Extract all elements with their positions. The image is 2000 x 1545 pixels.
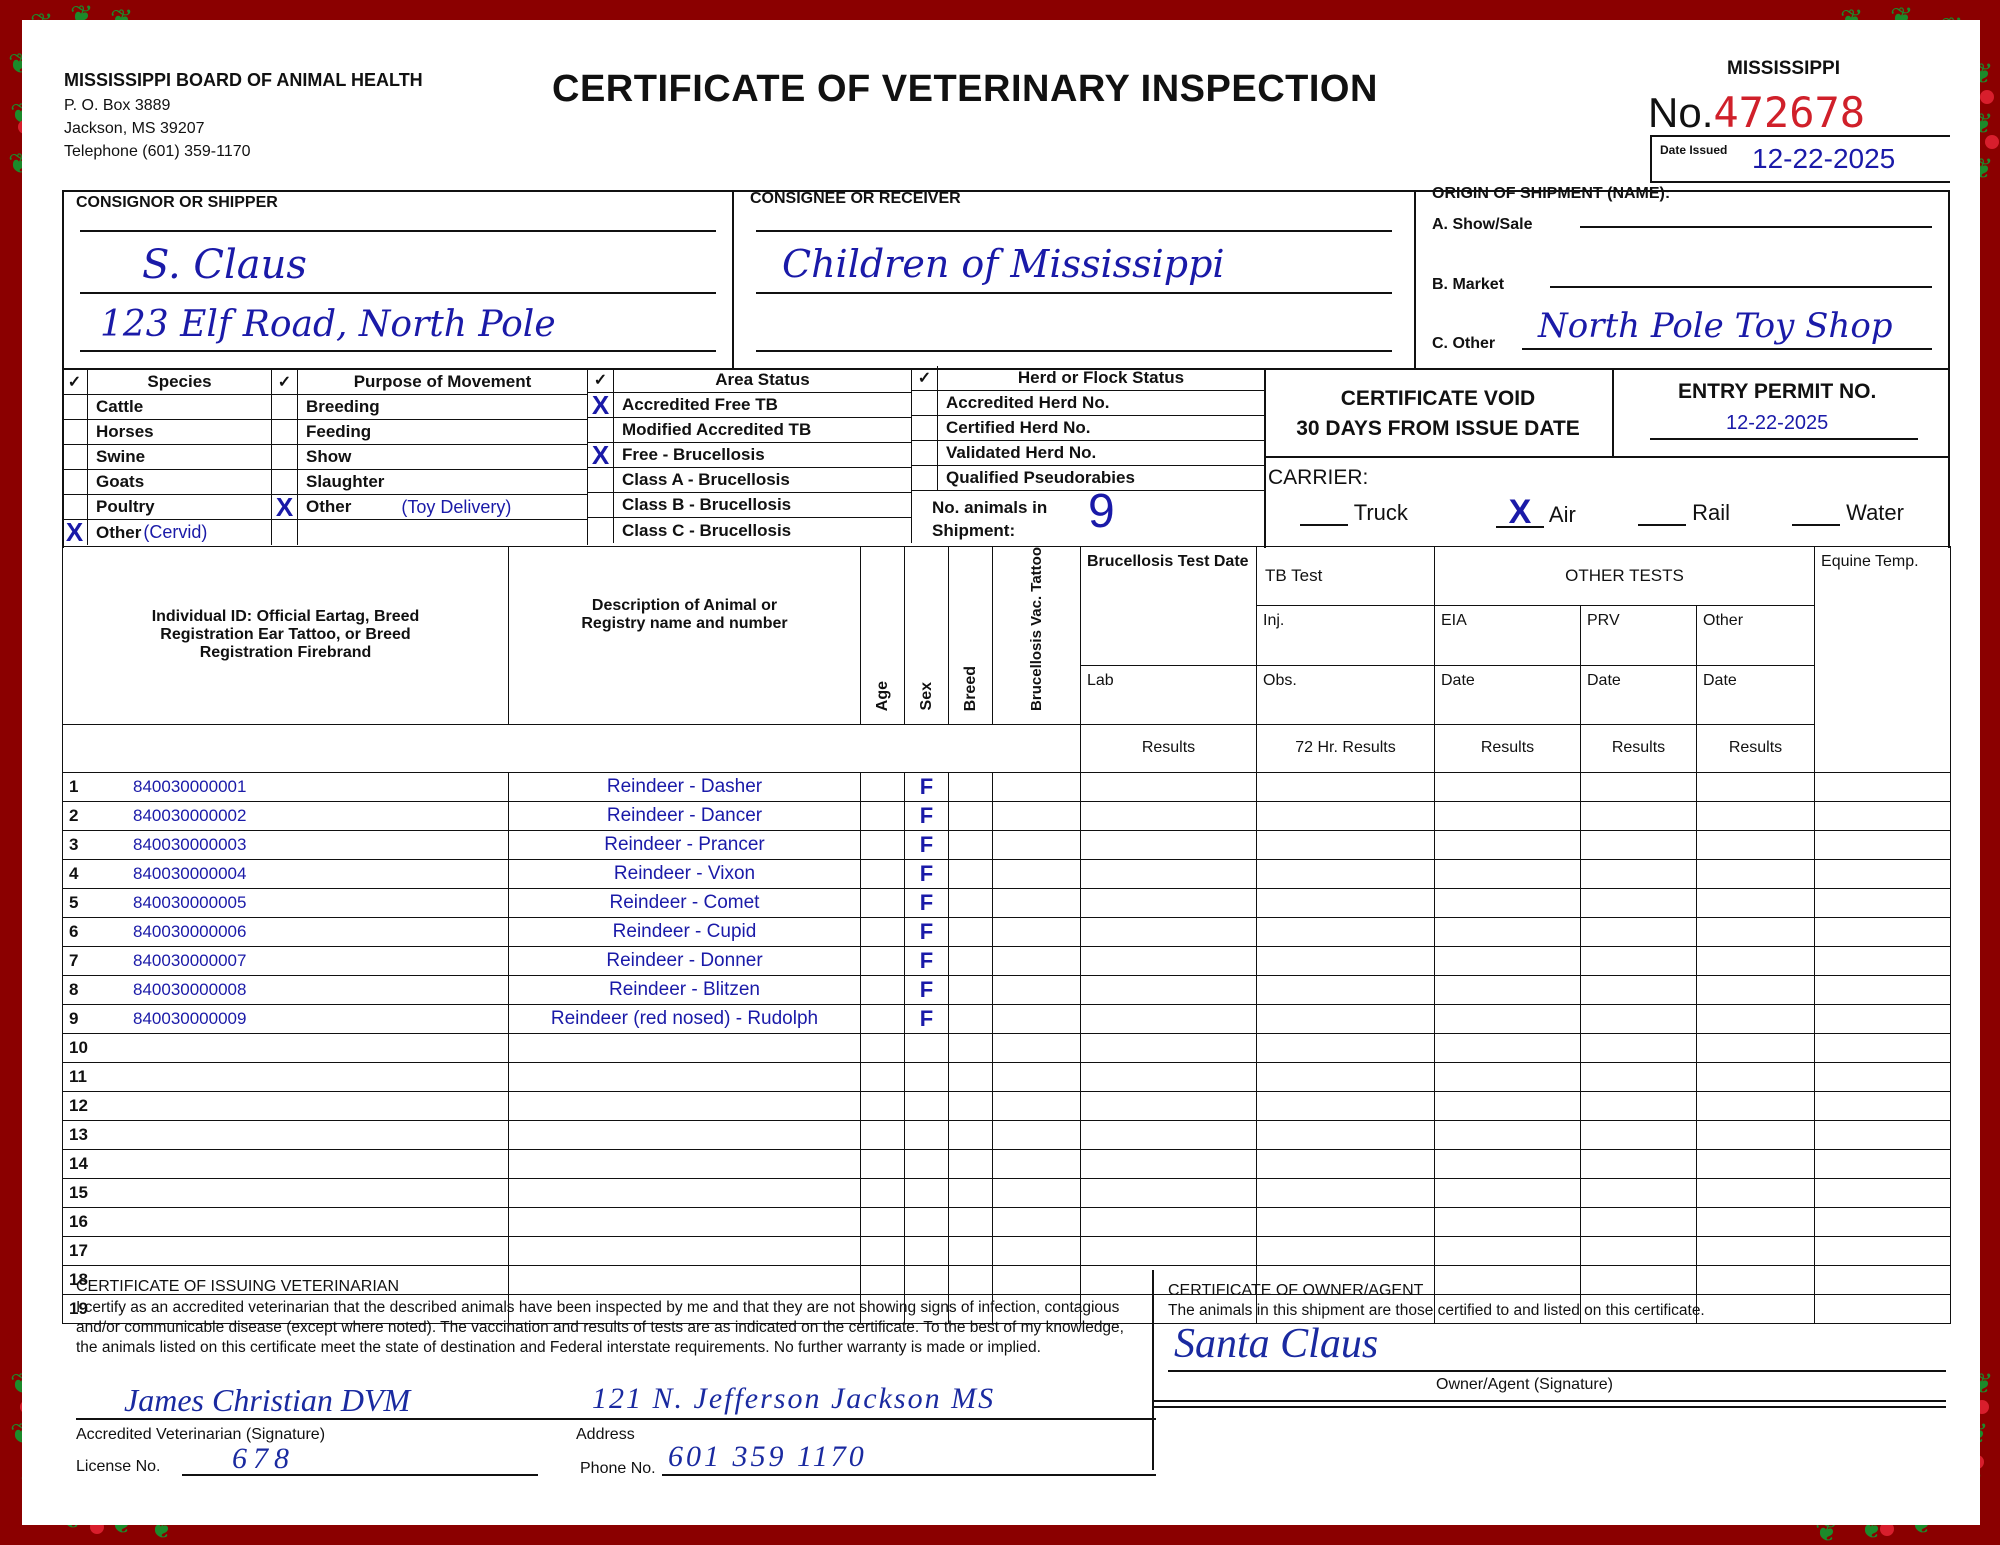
cell-sex[interactable]: F xyxy=(905,888,949,917)
eartag-id: 840030000006 xyxy=(133,922,246,941)
col-header-id: Individual ID: Official Eartag, Breed Re… xyxy=(63,547,509,725)
cell-sex[interactable]: F xyxy=(905,946,949,975)
cell-breed[interactable] xyxy=(949,888,993,917)
area-status-option[interactable]: Class A - Brucellosis xyxy=(588,468,912,493)
cell-test[interactable] xyxy=(1697,1033,1815,1062)
cell-test[interactable] xyxy=(1435,1120,1581,1149)
area-status-option[interactable]: Class B - Brucellosis xyxy=(588,493,912,518)
cell-test[interactable] xyxy=(1257,888,1435,917)
cell-test[interactable] xyxy=(1435,1091,1581,1120)
cell-test[interactable] xyxy=(1815,1236,1951,1265)
cell-test[interactable] xyxy=(1815,801,1951,830)
cell-test[interactable] xyxy=(1081,917,1257,946)
origin-market-field[interactable] xyxy=(1550,286,1932,288)
cell-test[interactable] xyxy=(1081,1149,1257,1178)
cell-description[interactable]: Reindeer (red nosed) - Rudolph xyxy=(509,1004,861,1033)
cell-test[interactable] xyxy=(1435,1236,1581,1265)
cell-bruc-vac[interactable] xyxy=(993,1236,1081,1265)
cell-age[interactable] xyxy=(861,888,905,917)
cell-test[interactable] xyxy=(1257,1033,1435,1062)
cell-sex[interactable] xyxy=(905,1236,949,1265)
col-header-sex: Sex xyxy=(918,682,936,710)
cell-test[interactable] xyxy=(1815,1120,1951,1149)
cell-test[interactable] xyxy=(1081,1033,1257,1062)
cell-age[interactable] xyxy=(861,1062,905,1091)
cell-bruc-vac[interactable] xyxy=(993,888,1081,917)
cell-sex[interactable] xyxy=(905,1062,949,1091)
cell-bruc-vac[interactable] xyxy=(993,1091,1081,1120)
cell-description[interactable]: Reindeer - Donner xyxy=(509,946,861,975)
cell-sex[interactable]: F xyxy=(905,830,949,859)
cell-test[interactable] xyxy=(1257,946,1435,975)
consignor-name[interactable]: S. Claus xyxy=(142,242,307,288)
cell-test[interactable] xyxy=(1697,801,1815,830)
cell-test[interactable] xyxy=(1435,1149,1581,1178)
species-option[interactable]: Horses xyxy=(62,420,272,445)
col-header-prv-results: Results xyxy=(1581,724,1697,772)
cell-test[interactable] xyxy=(1081,1062,1257,1091)
purpose-option[interactable]: Breeding xyxy=(272,395,588,420)
cell-test[interactable] xyxy=(1581,772,1697,801)
cell-test[interactable] xyxy=(1815,830,1951,859)
cell-test[interactable] xyxy=(1581,1149,1697,1178)
cell-sex[interactable]: F xyxy=(905,975,949,1004)
cell-breed[interactable] xyxy=(949,1004,993,1033)
cell-test[interactable] xyxy=(1257,975,1435,1004)
cell-test[interactable] xyxy=(1697,830,1815,859)
vet-address[interactable]: 121 N. Jefferson Jackson MS xyxy=(592,1382,995,1416)
cell-breed[interactable] xyxy=(949,1236,993,1265)
cell-test[interactable] xyxy=(1581,1120,1697,1149)
entry-permit-value[interactable]: 12-22-2025 xyxy=(1726,412,1828,435)
cell-description[interactable]: Reindeer - Dasher xyxy=(509,772,861,801)
col-header-bruc-test-date: Brucellosis Test Date xyxy=(1081,547,1257,666)
cell-test[interactable] xyxy=(1081,1236,1257,1265)
cell-test[interactable] xyxy=(1697,1236,1815,1265)
cell-age[interactable] xyxy=(861,1236,905,1265)
cell-breed[interactable] xyxy=(949,1207,993,1236)
cell-test[interactable] xyxy=(1435,1062,1581,1091)
cell-test[interactable] xyxy=(1581,975,1697,1004)
table-row: 16 xyxy=(63,1207,1951,1236)
col-header-lab: Lab xyxy=(1081,665,1257,724)
cell-test[interactable] xyxy=(1815,1033,1951,1062)
table-row: 10 xyxy=(63,1033,1951,1062)
cell-id[interactable]: 4840030000004 xyxy=(63,859,509,888)
check-header-icon: ✓ xyxy=(588,368,614,392)
certificate-number-block: No.472678 xyxy=(1648,88,1865,137)
row-number: 4 xyxy=(63,864,133,884)
origin-label: ORIGIN OF SHIPMENT (NAME): xyxy=(1432,185,1670,203)
animals-count[interactable]: 9 xyxy=(1088,484,1115,539)
cell-test[interactable] xyxy=(1435,946,1581,975)
eartag-id: 840030000005 xyxy=(133,893,246,912)
cell-test[interactable] xyxy=(1581,1062,1697,1091)
cell-breed[interactable] xyxy=(949,1120,993,1149)
license-number[interactable]: 678 xyxy=(232,1442,295,1476)
cell-age[interactable] xyxy=(861,946,905,975)
cell-test[interactable] xyxy=(1257,1236,1435,1265)
cell-test[interactable] xyxy=(1581,859,1697,888)
cell-id[interactable]: 3840030000003 xyxy=(63,830,509,859)
table-row: 6840030000006Reindeer - CupidF xyxy=(63,917,1951,946)
cell-description[interactable]: Reindeer - Dancer xyxy=(509,801,861,830)
cell-sex[interactable]: F xyxy=(905,859,949,888)
cell-test[interactable] xyxy=(1815,1207,1951,1236)
cell-test[interactable] xyxy=(1435,1178,1581,1207)
cell-test[interactable] xyxy=(1257,1207,1435,1236)
cell-breed[interactable] xyxy=(949,1091,993,1120)
animals-count-block: No. animals in Shipment: xyxy=(932,496,1047,542)
cell-breed[interactable] xyxy=(949,859,993,888)
cell-breed[interactable] xyxy=(949,917,993,946)
eartag-id: 840030000008 xyxy=(133,980,246,999)
cell-age[interactable] xyxy=(861,772,905,801)
col-header-breed: Breed xyxy=(962,666,980,711)
cell-id[interactable]: 12 xyxy=(63,1091,509,1120)
cell-test[interactable] xyxy=(1257,1091,1435,1120)
cell-test[interactable] xyxy=(1081,830,1257,859)
cell-test[interactable] xyxy=(1435,975,1581,1004)
cell-test[interactable] xyxy=(1257,830,1435,859)
cell-description[interactable]: Reindeer - Comet xyxy=(509,888,861,917)
cell-test[interactable] xyxy=(1815,859,1951,888)
cell-bruc-vac[interactable] xyxy=(993,1033,1081,1062)
area-status-option[interactable]: XFree - Brucellosis xyxy=(588,443,912,468)
cell-sex[interactable] xyxy=(905,1033,949,1062)
cell-breed[interactable] xyxy=(949,1149,993,1178)
row-number: 3 xyxy=(63,835,133,855)
cell-sex[interactable] xyxy=(905,1120,949,1149)
cell-age[interactable] xyxy=(861,1207,905,1236)
cell-id[interactable]: 17 xyxy=(63,1236,509,1265)
cell-test[interactable] xyxy=(1581,917,1697,946)
owner-signature[interactable]: Santa Claus xyxy=(1174,1320,1378,1368)
cell-test[interactable] xyxy=(1697,917,1815,946)
cell-test[interactable] xyxy=(1815,1062,1951,1091)
cell-description[interactable]: Reindeer - Blitzen xyxy=(509,975,861,1004)
cell-id[interactable]: 6840030000006 xyxy=(63,917,509,946)
cell-test[interactable] xyxy=(1815,1004,1951,1033)
row-number: 1 xyxy=(63,777,133,797)
table-row: 11 xyxy=(63,1062,1951,1091)
row-number: 6 xyxy=(63,922,133,942)
species-option[interactable]: Poultry xyxy=(62,495,272,520)
cell-description[interactable] xyxy=(509,1091,861,1120)
owner-cert-title: CERTIFICATE OF OWNER/AGENT xyxy=(1168,1282,1423,1300)
agency-po-box: P. O. Box 3889 xyxy=(64,97,170,115)
cell-breed[interactable] xyxy=(949,1178,993,1207)
consignee-label: CONSIGNEE OR RECEIVER xyxy=(750,190,961,208)
cell-test[interactable] xyxy=(1697,1120,1815,1149)
cell-test[interactable] xyxy=(1697,946,1815,975)
cell-bruc-vac[interactable] xyxy=(993,1004,1081,1033)
carrier-rail[interactable]: Rail xyxy=(1638,500,1730,526)
purpose-option[interactable]: Feeding xyxy=(272,420,588,445)
cell-description[interactable]: Reindeer - Cupid xyxy=(509,917,861,946)
purpose-other-note: (Toy Delivery) xyxy=(401,497,511,518)
consignee-name[interactable]: Children of Mississippi xyxy=(782,242,1225,286)
consignor-address[interactable]: 123 Elf Road, North Pole xyxy=(100,304,556,345)
cell-bruc-vac[interactable] xyxy=(993,975,1081,1004)
carrier-air[interactable]: X Air xyxy=(1496,500,1576,528)
cell-test[interactable] xyxy=(1815,1178,1951,1207)
phone-number[interactable]: 601 359 1170 xyxy=(668,1440,867,1474)
cell-description[interactable] xyxy=(509,1178,861,1207)
cell-test[interactable] xyxy=(1081,888,1257,917)
owner-signature-label: Owner/Agent (Signature) xyxy=(1436,1376,1613,1394)
cell-test[interactable] xyxy=(1697,1062,1815,1091)
cell-bruc-vac[interactable] xyxy=(993,830,1081,859)
cell-test[interactable] xyxy=(1815,975,1951,1004)
vet-signature[interactable]: James Christian DVM xyxy=(124,1382,410,1419)
cell-bruc-vac[interactable] xyxy=(993,772,1081,801)
cell-bruc-vac[interactable] xyxy=(993,801,1081,830)
col-header-eia-date: Date xyxy=(1435,665,1581,724)
cell-breed[interactable] xyxy=(949,975,993,1004)
cell-test[interactable] xyxy=(1581,1091,1697,1120)
species-other-note: (Cervid) xyxy=(143,522,207,543)
cell-test[interactable] xyxy=(1581,801,1697,830)
check-header-icon: ✓ xyxy=(62,370,88,394)
void-notice: CERTIFICATE VOID 30 DAYS FROM ISSUE DATE xyxy=(1264,368,1614,458)
license-label: License No. xyxy=(76,1458,161,1476)
cell-age[interactable] xyxy=(861,1091,905,1120)
cell-test[interactable] xyxy=(1697,888,1815,917)
cell-breed[interactable] xyxy=(949,1062,993,1091)
carrier-options: Truck X Air Rail Water xyxy=(1300,494,1940,534)
cell-age[interactable] xyxy=(861,830,905,859)
owner-cert-body: The animals in this shipment are those c… xyxy=(1168,1302,1705,1320)
cell-test[interactable] xyxy=(1581,888,1697,917)
animals-table: Individual ID: Official Eartag, Breed Re… xyxy=(62,546,1951,1324)
cell-id[interactable]: 1840030000001 xyxy=(63,772,509,801)
cell-test[interactable] xyxy=(1081,946,1257,975)
cell-test[interactable] xyxy=(1081,772,1257,801)
cell-test[interactable] xyxy=(1581,1236,1697,1265)
cell-description[interactable] xyxy=(509,1062,861,1091)
cell-test[interactable] xyxy=(1257,772,1435,801)
cell-bruc-vac[interactable] xyxy=(993,1120,1081,1149)
cell-sex[interactable] xyxy=(905,1149,949,1178)
cell-test[interactable] xyxy=(1081,801,1257,830)
cell-age[interactable] xyxy=(861,1004,905,1033)
cell-test[interactable] xyxy=(1697,1004,1815,1033)
date-issued-value[interactable]: 12-22-2025 xyxy=(1752,143,1895,175)
cell-age[interactable] xyxy=(861,1033,905,1062)
cell-test[interactable] xyxy=(1081,1120,1257,1149)
cell-test[interactable] xyxy=(1815,1149,1951,1178)
carrier-truck[interactable]: Truck xyxy=(1300,500,1408,526)
cell-test[interactable] xyxy=(1081,1178,1257,1207)
cell-test[interactable] xyxy=(1815,917,1951,946)
cell-id[interactable]: 11 xyxy=(63,1062,509,1091)
cell-bruc-vac[interactable] xyxy=(993,1149,1081,1178)
cell-breed[interactable] xyxy=(949,772,993,801)
cell-test[interactable] xyxy=(1581,1004,1697,1033)
purpose-header: Purpose of Movement xyxy=(298,370,588,394)
cell-breed[interactable] xyxy=(949,801,993,830)
cell-id[interactable]: 10 xyxy=(63,1033,509,1062)
col-header-tb-results: 72 Hr. Results xyxy=(1257,724,1435,772)
col-header-other-results: Results xyxy=(1697,724,1815,772)
species-option[interactable]: Swine xyxy=(62,445,272,470)
cell-sex[interactable]: F xyxy=(905,917,949,946)
cell-test[interactable] xyxy=(1257,917,1435,946)
cell-age[interactable] xyxy=(861,975,905,1004)
cell-test[interactable] xyxy=(1081,859,1257,888)
table-row: 8840030000008Reindeer - BlitzenF xyxy=(63,975,1951,1004)
cell-id[interactable]: 2840030000002 xyxy=(63,801,509,830)
cell-test[interactable] xyxy=(1435,772,1581,801)
cell-test[interactable] xyxy=(1581,830,1697,859)
cell-test[interactable] xyxy=(1581,946,1697,975)
col-header-inj: Inj. xyxy=(1257,606,1435,665)
area-status-option[interactable]: XAccredited Free TB xyxy=(588,393,912,418)
cell-test[interactable] xyxy=(1435,801,1581,830)
consignor-label: CONSIGNOR OR SHIPPER xyxy=(76,194,278,212)
cell-test[interactable] xyxy=(1697,1178,1815,1207)
table-row: 1840030000001Reindeer - DasherF xyxy=(63,772,1951,801)
cell-test[interactable] xyxy=(1081,975,1257,1004)
cell-id[interactable]: 8840030000008 xyxy=(63,975,509,1004)
cell-breed[interactable] xyxy=(949,946,993,975)
purpose-option[interactable]: Show xyxy=(272,445,588,470)
cell-test[interactable] xyxy=(1257,1004,1435,1033)
cell-test[interactable] xyxy=(1815,772,1951,801)
cell-age[interactable] xyxy=(861,1149,905,1178)
cell-test[interactable] xyxy=(1257,801,1435,830)
cell-test[interactable] xyxy=(1697,1149,1815,1178)
origin-other-value[interactable]: North Pole Toy Shop xyxy=(1538,306,1893,346)
cell-test[interactable] xyxy=(1815,946,1951,975)
cell-test[interactable] xyxy=(1435,888,1581,917)
cell-breed[interactable] xyxy=(949,1033,993,1062)
cell-description[interactable] xyxy=(509,1236,861,1265)
herd-status-option[interactable]: Certified Herd No. xyxy=(912,416,1264,441)
cell-test[interactable] xyxy=(1257,1120,1435,1149)
cell-description[interactable] xyxy=(509,1120,861,1149)
row-number: 7 xyxy=(63,951,133,971)
cell-test[interactable] xyxy=(1257,859,1435,888)
certificate-page: MISSISSIPPI BOARD OF ANIMAL HEALTH P. O.… xyxy=(22,20,1980,1525)
cell-sex[interactable] xyxy=(905,1091,949,1120)
herd-status-option[interactable]: Accredited Herd No. xyxy=(912,391,1264,416)
carrier-water[interactable]: Water xyxy=(1792,500,1904,526)
row-number: 11 xyxy=(63,1067,133,1087)
cell-test[interactable] xyxy=(1435,1004,1581,1033)
purpose-option-other[interactable]: XOther(Toy Delivery) xyxy=(272,495,588,520)
checkmark-x: X xyxy=(588,393,614,417)
cell-test[interactable] xyxy=(1435,830,1581,859)
cell-test[interactable] xyxy=(1257,1062,1435,1091)
cell-test[interactable] xyxy=(1081,1004,1257,1033)
col-header-description: Description of Animal or Registry name a… xyxy=(509,547,861,725)
eartag-id: 840030000003 xyxy=(133,835,246,854)
cell-age[interactable] xyxy=(861,859,905,888)
cell-test[interactable] xyxy=(1697,975,1815,1004)
cell-id[interactable]: 14 xyxy=(63,1149,509,1178)
cell-sex[interactable]: F xyxy=(905,1004,949,1033)
cell-description[interactable] xyxy=(509,1207,861,1236)
cell-id[interactable]: 5840030000005 xyxy=(63,888,509,917)
area-status-option[interactable]: Class C - Brucellosis xyxy=(588,518,912,543)
cell-test[interactable] xyxy=(1081,1207,1257,1236)
cell-test[interactable] xyxy=(1581,1178,1697,1207)
eartag-id: 840030000002 xyxy=(133,806,246,825)
cell-id[interactable]: 16 xyxy=(63,1207,509,1236)
cell-test[interactable] xyxy=(1697,772,1815,801)
cell-age[interactable] xyxy=(861,801,905,830)
cell-sex[interactable] xyxy=(905,1178,949,1207)
col-header-bruc-results: Results xyxy=(1081,724,1257,772)
cell-id[interactable]: 7840030000007 xyxy=(63,946,509,975)
table-row: 5840030000005Reindeer - CometF xyxy=(63,888,1951,917)
owner-certificate-section: CERTIFICATE OF OWNER/AGENT The animals i… xyxy=(1154,1270,1950,1470)
cell-age[interactable] xyxy=(861,1120,905,1149)
purpose-option[interactable]: Slaughter xyxy=(272,470,588,495)
cell-test[interactable] xyxy=(1581,1033,1697,1062)
cell-description[interactable] xyxy=(509,1149,861,1178)
cell-age[interactable] xyxy=(861,917,905,946)
cell-id[interactable]: 9840030000009 xyxy=(63,1004,509,1033)
cell-id[interactable]: 13 xyxy=(63,1120,509,1149)
cell-description[interactable]: Reindeer - Vixon xyxy=(509,859,861,888)
check-header-icon: ✓ xyxy=(272,370,298,394)
cell-description[interactable] xyxy=(509,1033,861,1062)
cell-test[interactable] xyxy=(1435,859,1581,888)
cell-test[interactable] xyxy=(1081,1091,1257,1120)
cell-test[interactable] xyxy=(1697,1091,1815,1120)
cell-test[interactable] xyxy=(1581,1207,1697,1236)
cell-bruc-vac[interactable] xyxy=(993,946,1081,975)
cell-id[interactable]: 15 xyxy=(63,1178,509,1207)
herd-status-option[interactable]: Validated Herd No. xyxy=(912,441,1264,466)
species-option[interactable]: Cattle xyxy=(62,395,272,420)
table-row: 2840030000002Reindeer - DancerF xyxy=(63,801,1951,830)
col-header-bruc-vac: Brucellosis Vac. Tattoo xyxy=(1028,547,1045,711)
species-option-other[interactable]: XOther(Cervid) xyxy=(62,520,272,545)
table-row: 3840030000003Reindeer - PrancerF xyxy=(63,830,1951,859)
cell-test[interactable] xyxy=(1257,1178,1435,1207)
cell-test[interactable] xyxy=(1435,917,1581,946)
row-number: 15 xyxy=(63,1183,133,1203)
cell-sex[interactable]: F xyxy=(905,801,949,830)
cell-bruc-vac[interactable] xyxy=(993,1207,1081,1236)
cell-bruc-vac[interactable] xyxy=(993,859,1081,888)
cell-bruc-vac[interactable] xyxy=(993,917,1081,946)
cell-test[interactable] xyxy=(1257,1149,1435,1178)
area-status-option[interactable]: Modified Accredited TB xyxy=(588,418,912,443)
cell-test[interactable] xyxy=(1435,1207,1581,1236)
cell-bruc-vac[interactable] xyxy=(993,1178,1081,1207)
cell-test[interactable] xyxy=(1435,1033,1581,1062)
cell-age[interactable] xyxy=(861,1178,905,1207)
cell-description[interactable]: Reindeer - Prancer xyxy=(509,830,861,859)
cell-breed[interactable] xyxy=(949,830,993,859)
cell-sex[interactable] xyxy=(905,1207,949,1236)
species-option[interactable]: Goats xyxy=(62,470,272,495)
cell-test[interactable] xyxy=(1697,859,1815,888)
cell-test[interactable] xyxy=(1815,888,1951,917)
cell-test[interactable] xyxy=(1697,1207,1815,1236)
cell-bruc-vac[interactable] xyxy=(993,1062,1081,1091)
origin-show-sale-field[interactable] xyxy=(1580,226,1932,228)
row-number: 8 xyxy=(63,980,133,1000)
cell-test[interactable] xyxy=(1815,1091,1951,1120)
col-header-age: Age xyxy=(874,681,892,711)
cell-sex[interactable]: F xyxy=(905,772,949,801)
